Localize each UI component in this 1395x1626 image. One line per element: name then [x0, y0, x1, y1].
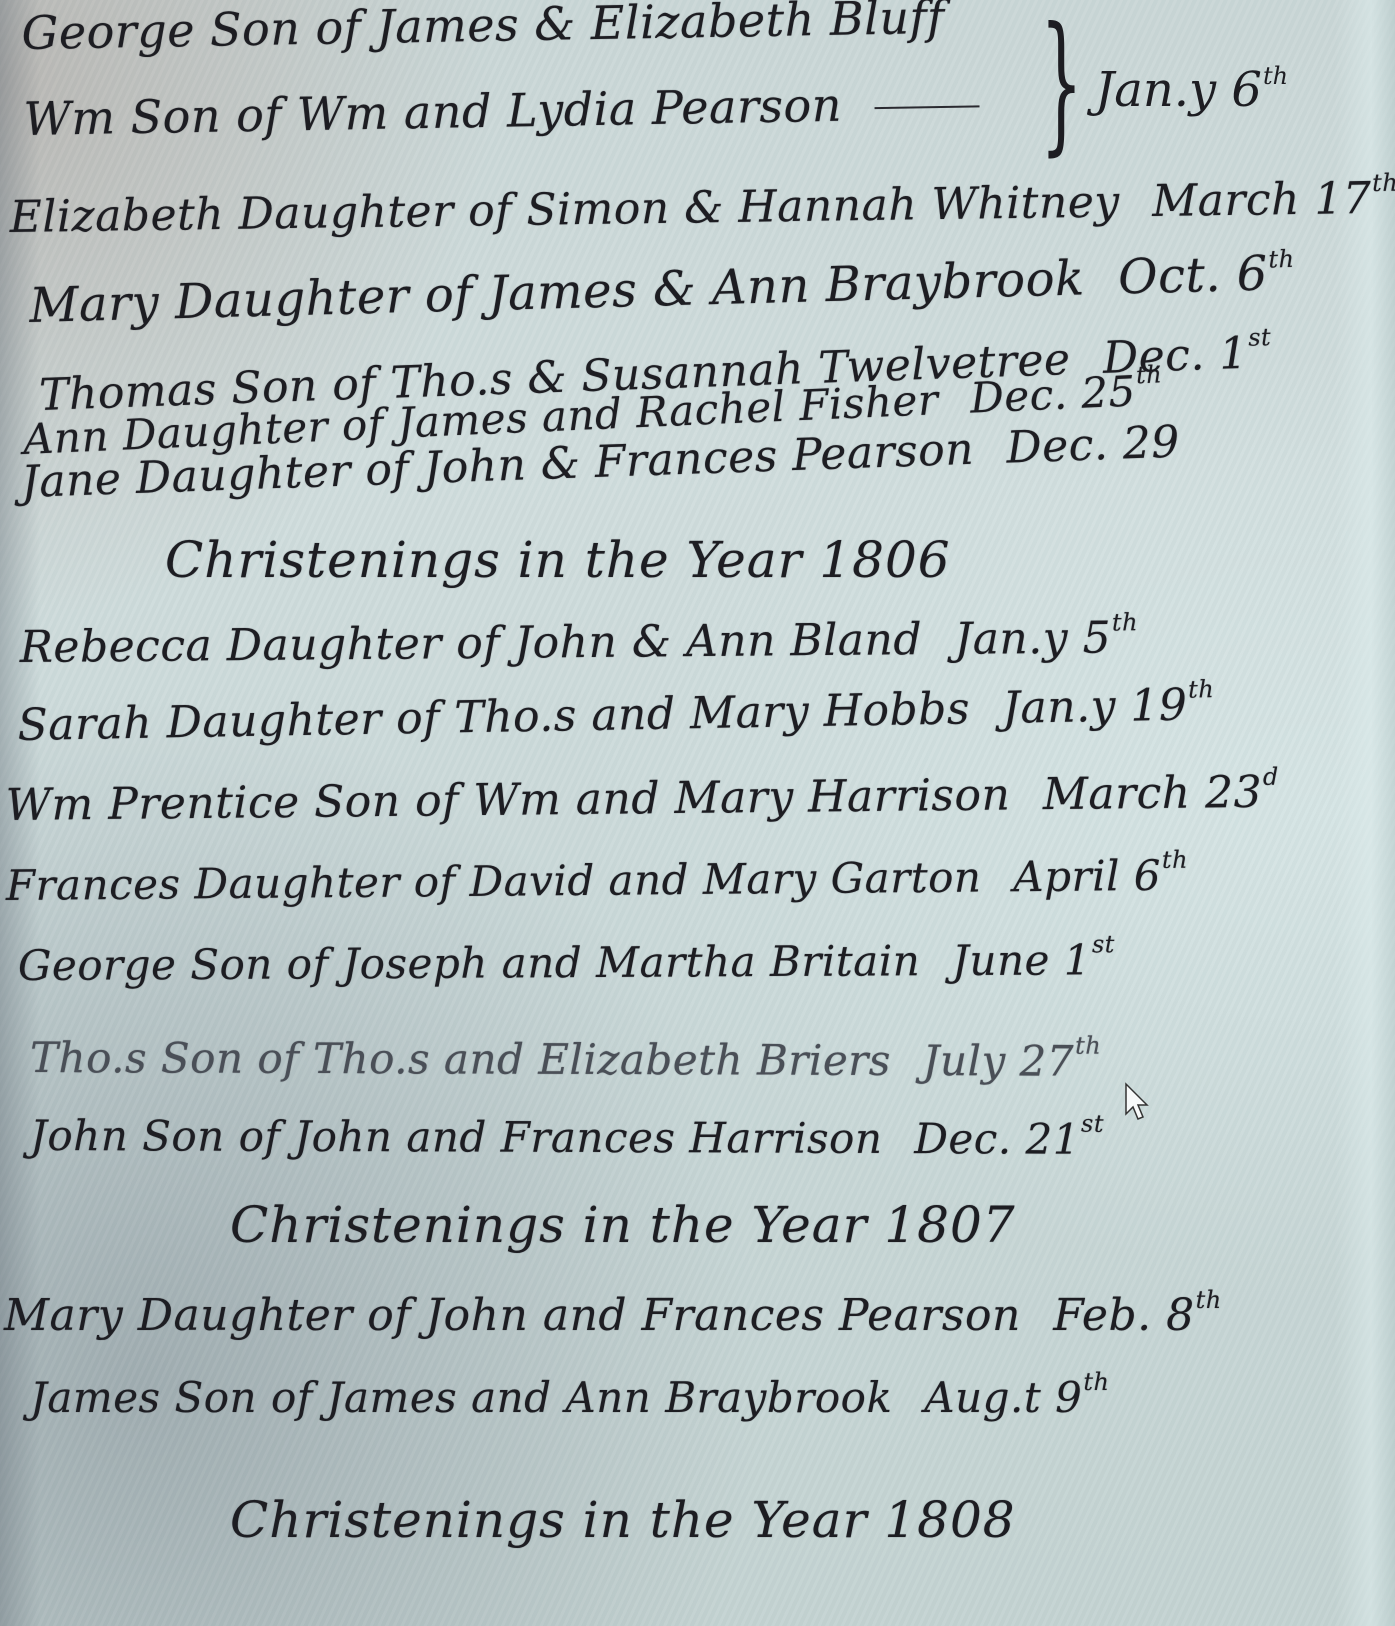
entry-name: John [30, 1111, 128, 1160]
entry-relation: Son of Wm and Mary Harrison [314, 769, 1011, 827]
entry-date: Dec. 21 [914, 1114, 1080, 1164]
entry-name: Rebecca [20, 620, 213, 673]
entry-date: July 27 [923, 1036, 1075, 1086]
entry-date: Feb. 8 [1053, 1290, 1194, 1341]
entry-date: June 1 [952, 935, 1091, 985]
register-entry: John Son of John and Frances Harrison De… [30, 1108, 1104, 1161]
date-suffix: th [1196, 1286, 1222, 1314]
date-suffix: th [1188, 675, 1215, 703]
entry-relation: Son of Wm and Lydia Pearson [130, 78, 842, 144]
register-entry: Wm Prentice Son of Wm and Mary Harrison … [5, 765, 1279, 828]
date-suffix: th [1083, 1368, 1109, 1396]
entry-name: Jane [20, 454, 122, 508]
register-entry: George Son of James & Elizabeth Bluff [21, 0, 945, 56]
entry-relation: Son of John and Frances Harrison [142, 1111, 882, 1163]
date-suffix: th [1268, 245, 1295, 274]
register-entry: Elizabeth Daughter of Simon & Hannah Whi… [9, 171, 1395, 240]
register-entry: Mary Daughter of John and Frances Pearso… [4, 1288, 1222, 1338]
register-page: George Son of James & Elizabeth Bluff Wm… [0, 0, 1395, 1626]
entry-name: Mary [4, 1290, 123, 1341]
entry-name: Frances [6, 859, 181, 910]
date-suffix: th [1112, 608, 1138, 636]
entry-name: Wm Prentice [5, 777, 299, 831]
entry-relation: Daughter of David and Mary Garton [194, 852, 981, 908]
entry-date: Aug.t 9 [924, 1373, 1082, 1422]
entry-relation: Son of James & Elizabeth Bluff [210, 0, 945, 57]
date-suffix: d [1263, 763, 1279, 791]
entry-name: Tho.s [30, 1033, 147, 1082]
entry-date: March 17 [1152, 173, 1372, 227]
section-heading-1808: Christenings in the Year 1808 [230, 1495, 1016, 1545]
entry-date: April 6 [1013, 851, 1161, 901]
register-entry: George Son of Joseph and Martha Britain … [18, 932, 1115, 987]
shared-date: Jan.y 6th [1095, 62, 1288, 118]
entry-relation: Daughter of James & Ann Braybrook [174, 250, 1085, 330]
entry-relation: Daughter of Tho.s and Mary Hobbs [166, 683, 970, 748]
entry-name: George [21, 3, 195, 60]
register-entry: Tho.s Son of Tho.s and Elizabeth Briers … [30, 1030, 1101, 1083]
register-entry: Mary Daughter of James & Ann Braybrook O… [29, 247, 1296, 330]
date-suffix: th [1075, 1032, 1101, 1060]
entry-name: Elizabeth [9, 189, 224, 243]
entry-relation: Daughter of John and Frances Pearson [138, 1290, 1021, 1341]
dash-line [875, 105, 980, 109]
entry-date: Dec. 25 [969, 366, 1137, 422]
date-suffix: th [1263, 62, 1288, 90]
entry-date: Jan.y 5 [954, 612, 1111, 664]
register-entry: Frances Daughter of David and Mary Garto… [6, 848, 1189, 907]
mouse-cursor-icon [1124, 1082, 1150, 1122]
page-edge-right [1335, 0, 1395, 1626]
entry-date: March 23 [1043, 767, 1263, 820]
entry-relation: Son of Tho.s and Elizabeth Briers [161, 1033, 891, 1085]
date-suffix: th [1135, 360, 1162, 389]
entry-relation: Daughter of John & Ann Bland [226, 614, 922, 671]
date-suffix: th [1372, 169, 1395, 197]
entry-name: Wm [23, 90, 116, 146]
date-text: Jan.y 6 [1095, 62, 1262, 118]
entry-name: Mary [29, 275, 160, 334]
entry-name: James [30, 1373, 161, 1422]
register-entry: Sarah Daughter of Tho.s and Mary Hobbs J… [17, 677, 1215, 748]
entry-relation: Son of James and Ann Braybrook [174, 1373, 892, 1422]
register-entry: James Son of James and Ann Braybrook Aug… [30, 1370, 1109, 1419]
entry-date: Jan.y 19 [1002, 680, 1188, 734]
date-suffix: st [1081, 1110, 1104, 1138]
register-entry: Wm Son of Wm and Lydia Pearson [23, 79, 980, 142]
date-suffix: st [1092, 930, 1115, 958]
entry-name: George [18, 940, 177, 990]
entry-date: Dec. 29 [1006, 417, 1181, 474]
entry-date: Oct. 6 [1118, 246, 1269, 306]
section-heading-1806: Christenings in the Year 1806 [165, 535, 951, 585]
register-entry: Rebecca Daughter of John & Ann Bland Jan… [20, 610, 1139, 670]
date-suffix [1180, 413, 1181, 441]
date-suffix: st [1248, 323, 1272, 352]
entry-name: Sarah [17, 698, 152, 751]
entry-relation: Daughter of Simon & Hannah Whitney [238, 177, 1120, 240]
section-heading-1807: Christenings in the Year 1807 [230, 1200, 1016, 1250]
date-suffix: th [1162, 846, 1188, 874]
entry-relation: Son of Joseph and Martha Britain [190, 936, 920, 989]
curly-brace-icon: } [1040, 8, 1083, 158]
